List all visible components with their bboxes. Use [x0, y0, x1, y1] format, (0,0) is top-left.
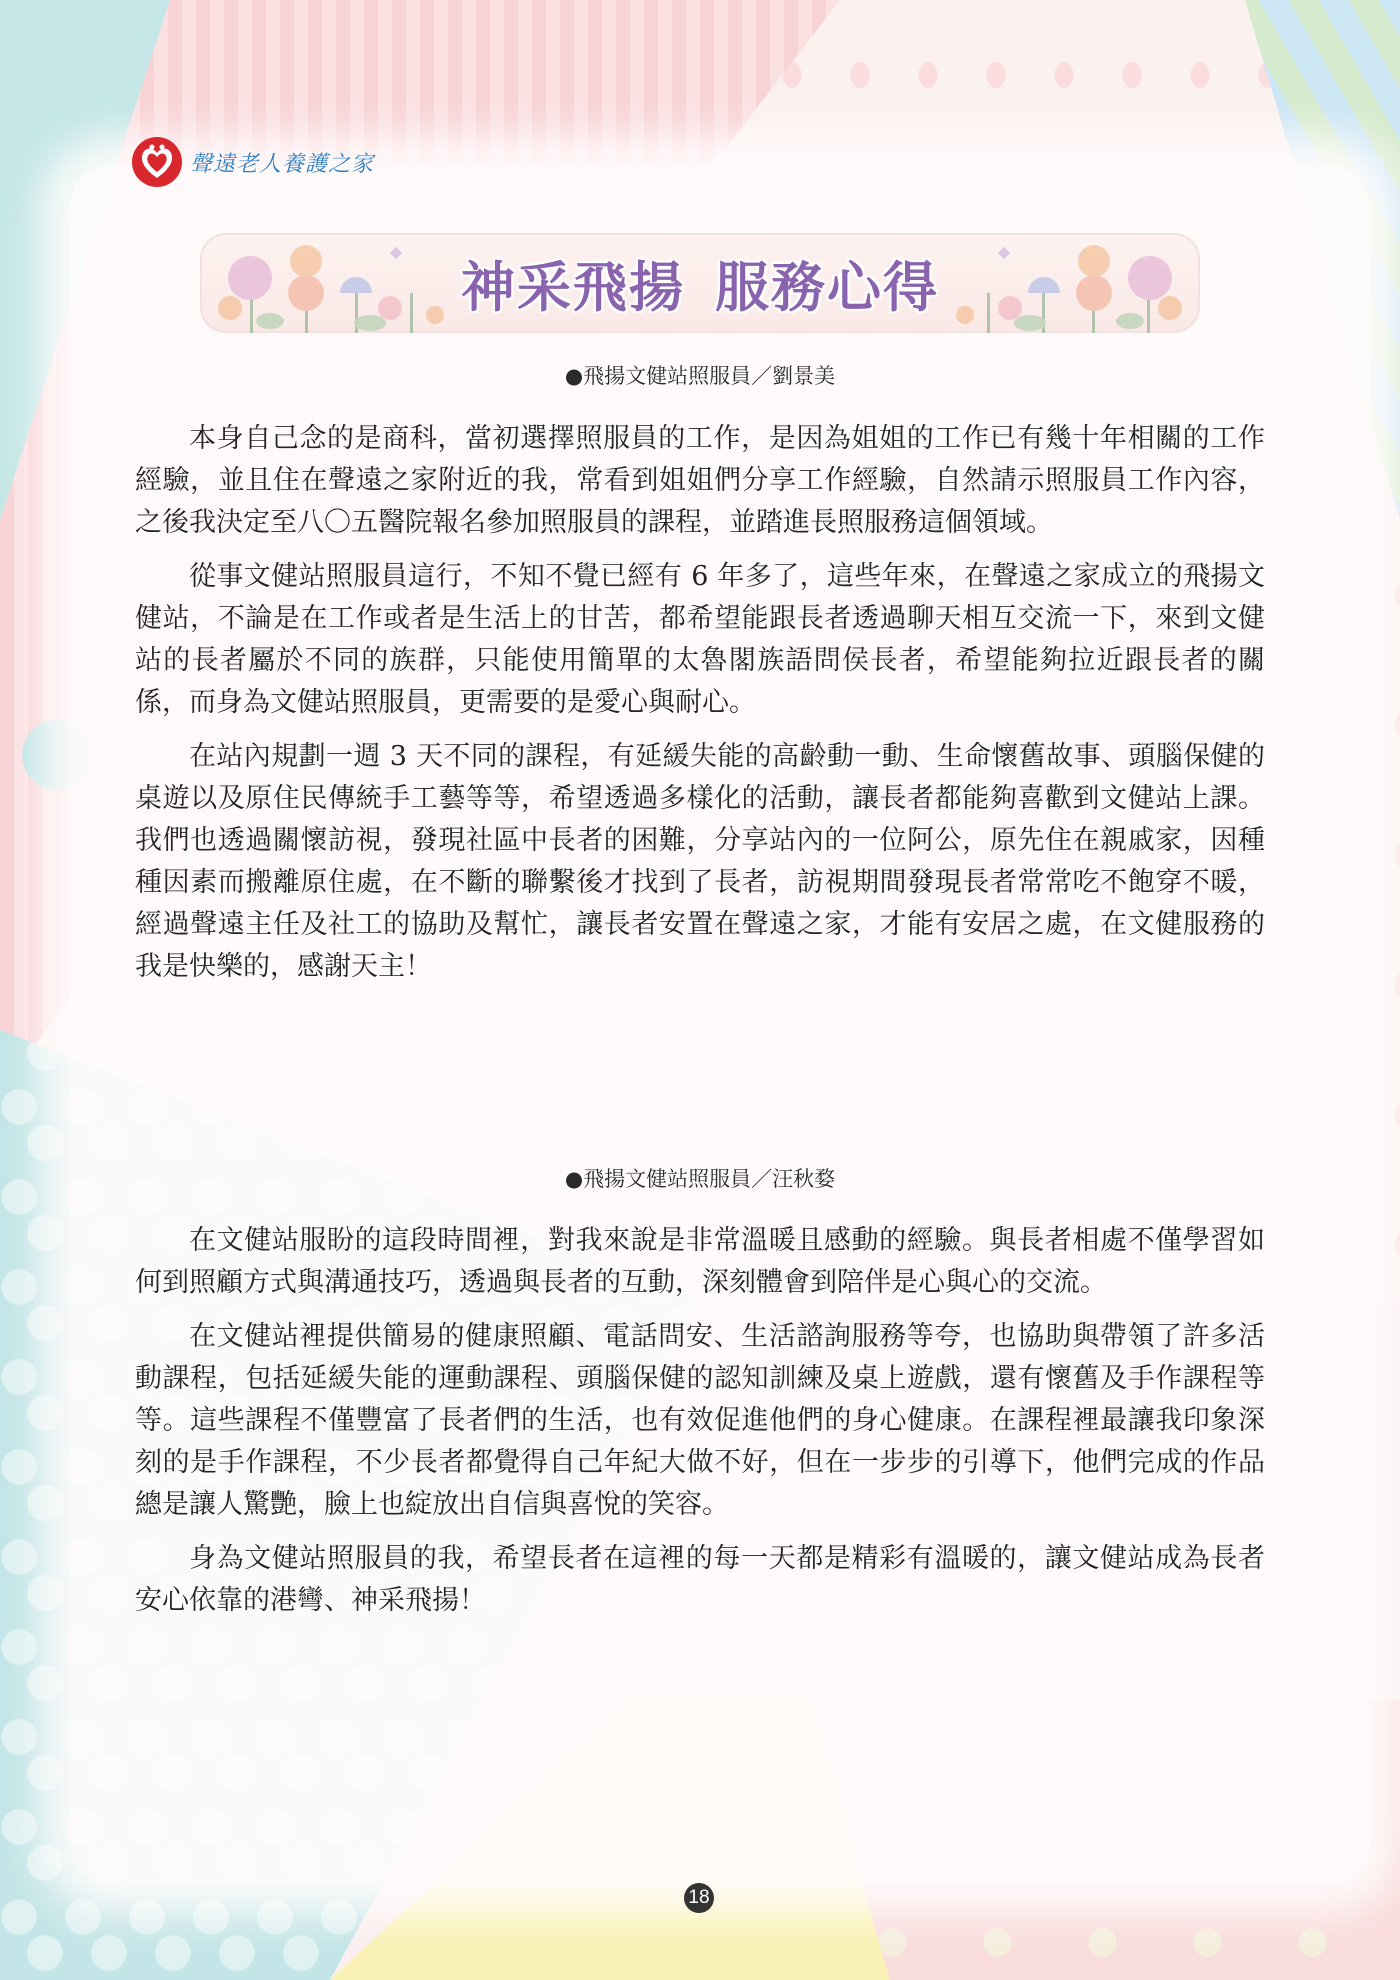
page-title: 神采飛揚服務心得: [200, 245, 1200, 322]
page-number: 18: [684, 1883, 714, 1913]
article-2-body: 在文健站服盼的這段時間裡，對我來說是非常溫暖且感動的經驗。與長者相處不僅學習如何…: [135, 1220, 1265, 1634]
article-paragraph: 身為文健站照服員的我，希望長者在這裡的每一天都是精彩有溫暖的，讓文健站成為長者安…: [135, 1538, 1265, 1622]
article-paragraph: 從事文健站照服員這行，不知不覺已經有 6 年多了，這些年來，在聲遠之家成立的飛揚…: [135, 556, 1265, 724]
page-title-part2: 服務心得: [715, 256, 939, 319]
page-title-part1: 神采飛揚: [461, 256, 685, 319]
article-paragraph: 在站內規劃一週 3 天不同的課程，有延緩失能的高齡動一動、生命懷舊故事、頭腦保健…: [135, 736, 1265, 988]
organization-logo: 聲遠老人養護之家: [132, 137, 374, 187]
article-2-byline: ●飛揚文健站照服員／汪秋婺: [0, 1163, 1400, 1193]
title-banner: 神采飛揚服務心得: [200, 233, 1200, 333]
article-1-byline: ●飛揚文健站照服員／劉景美: [0, 360, 1400, 390]
heart-logo-icon: [132, 137, 182, 187]
article-paragraph: 在文健站裡提供簡易的健康照顧、電話問安、生活諮詢服務等夸，也協助與帶領了許多活動…: [135, 1316, 1265, 1526]
article-paragraph: 本身自己念的是商科，當初選擇照服員的工作，是因為姐姐的工作已有幾十年相關的工作經…: [135, 418, 1265, 544]
organization-name: 聲遠老人養護之家: [190, 147, 374, 178]
article-1-body: 本身自己念的是商科，當初選擇照服員的工作，是因為姐姐的工作已有幾十年相關的工作經…: [135, 418, 1265, 1000]
article-paragraph: 在文健站服盼的這段時間裡，對我來說是非常溫暖且感動的經驗。與長者相處不僅學習如何…: [135, 1220, 1265, 1304]
